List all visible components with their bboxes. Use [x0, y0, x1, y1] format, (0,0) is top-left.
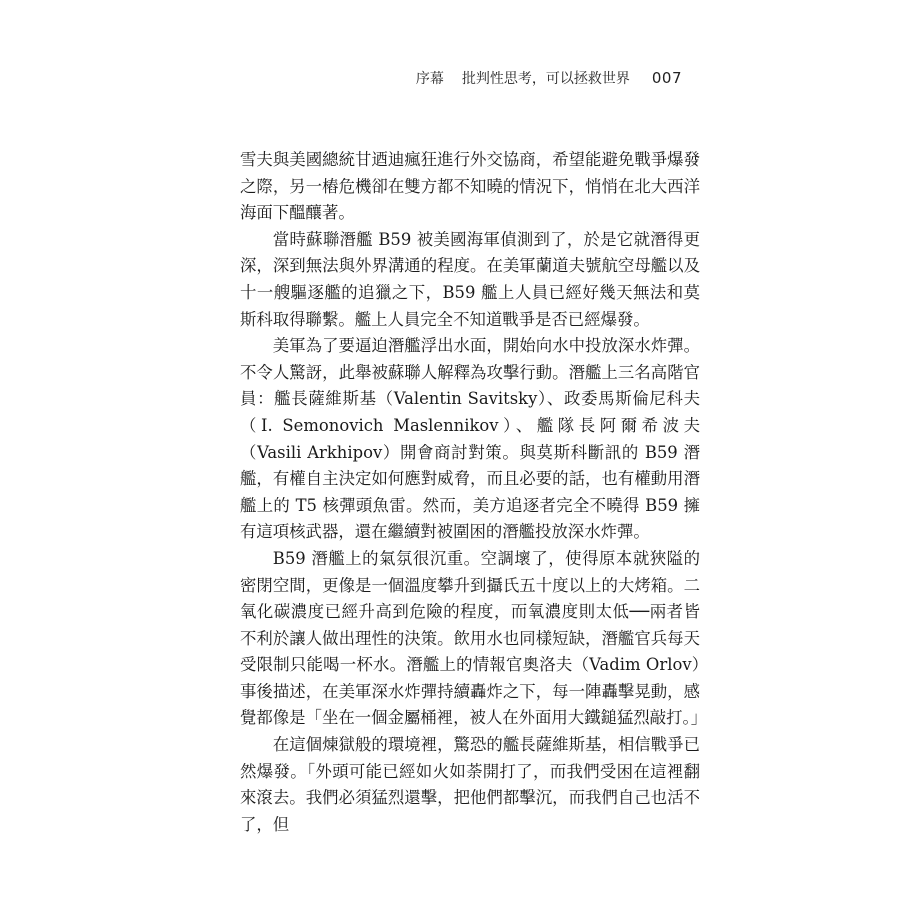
paragraph: 當時蘇聯潛艦 B59 被美國海軍偵測到了，於是它就潛得更深，深到無法與外界溝通的…: [240, 227, 700, 333]
body-text: 雪夫與美國總統甘迺迪瘋狂進行外交協商，希望能避免戰爭爆發之際，另一樁危機卻在雙方…: [240, 147, 700, 838]
paragraph: 雪夫與美國總統甘迺迪瘋狂進行外交協商，希望能避免戰爭爆發之際，另一樁危機卻在雙方…: [240, 147, 700, 227]
paragraph: 美軍為了要逼迫潛艦浮出水面，開始向水中投放深水炸彈。不令人驚訝，此舉被蘇聯人解釋…: [240, 333, 700, 546]
page-number: 007: [652, 69, 682, 87]
paragraph: 在這個煉獄般的環境裡，驚恐的艦長薩維斯基，相信戰爭已然爆發。「外頭可能已經如火如…: [240, 732, 700, 838]
running-header: 序幕 批判性思考，可以拯救世界 007: [416, 68, 682, 88]
chapter-label: 序幕: [416, 68, 444, 88]
chapter-title: 批判性思考，可以拯救世界: [462, 68, 630, 88]
paragraph: B59 潛艦上的氣氛很沉重。空調壞了，使得原本就狹隘的密閉空間，更像是一個溫度攀…: [240, 546, 700, 732]
